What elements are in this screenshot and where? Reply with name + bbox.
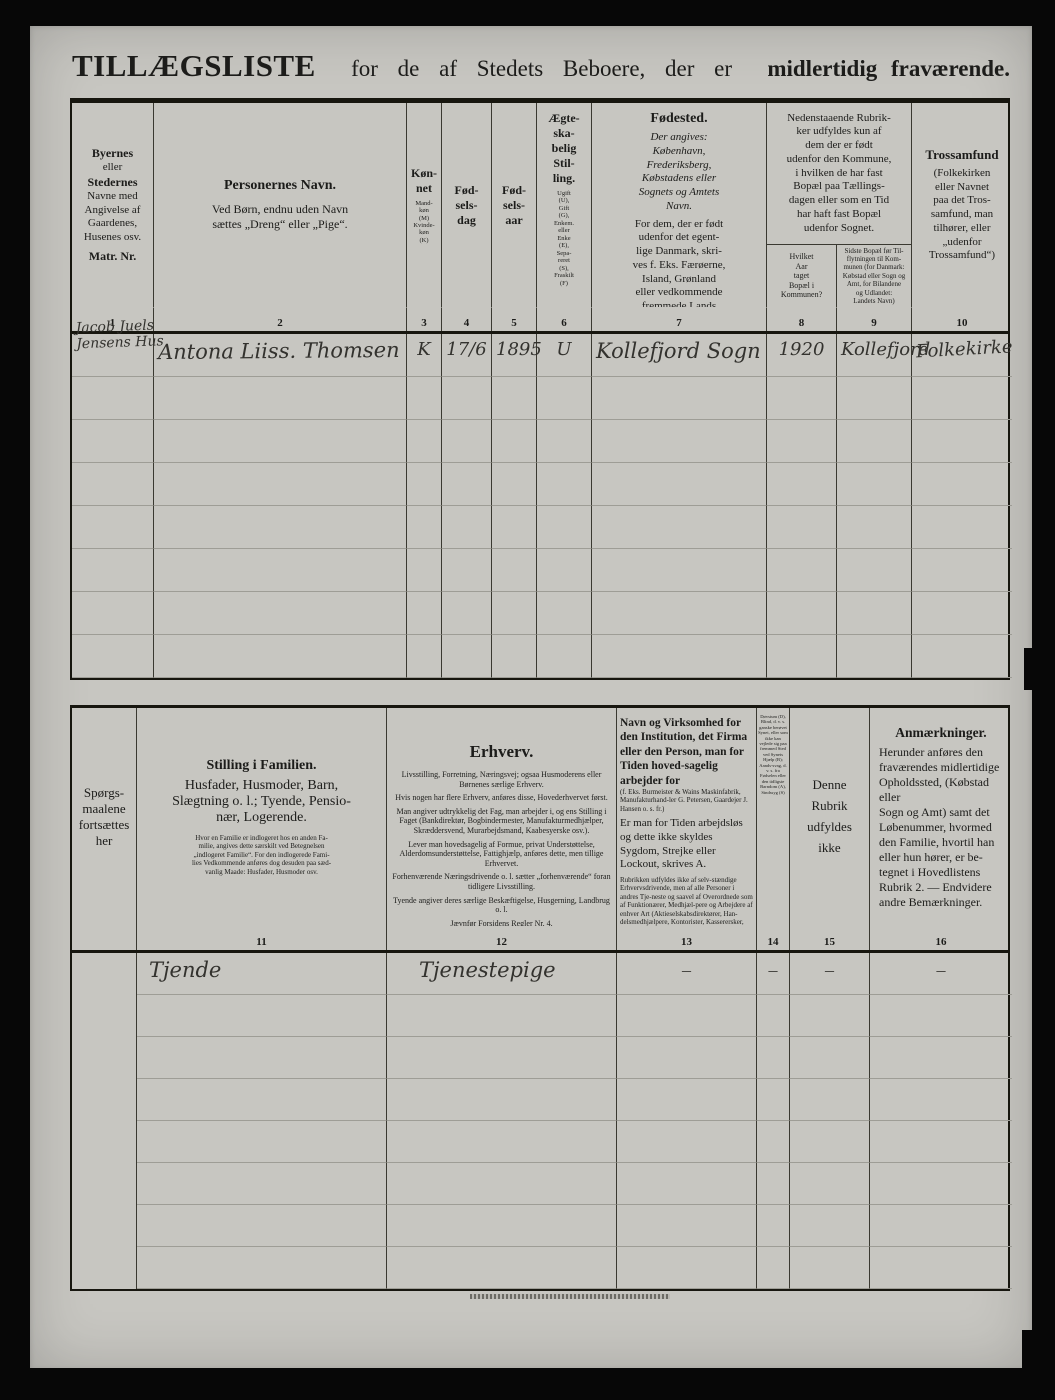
- col4-number: 4: [442, 307, 492, 331]
- empty-row-cell: [387, 995, 617, 1037]
- empty-row-cell: [870, 1121, 1012, 1163]
- col6-sub: Ugift (U), Gift (G), Enkem. eller Enke (…: [540, 190, 588, 287]
- col5-number: 5: [492, 307, 537, 331]
- empty-row-cell: [137, 1037, 387, 1079]
- col1-matrnr: Matr. Nr.: [75, 249, 150, 264]
- empty-row-cell: [387, 1037, 617, 1079]
- empty-row-cell: [492, 549, 537, 592]
- empty-row-cell: [757, 1205, 790, 1247]
- empty-row-cell: [407, 549, 442, 592]
- empty-row-cell: [767, 549, 837, 592]
- entry-birthday: 17/6: [442, 334, 492, 377]
- entry-col15: –: [790, 953, 870, 995]
- col13-lead: Navn og Virksomhed for den Institution, …: [620, 716, 753, 788]
- empty-row-cell: [837, 506, 912, 549]
- title-emphasis: midlertidig fraværende.: [767, 56, 1010, 82]
- side-label-cell: Spørgs- maalene fortsættes her: [72, 708, 137, 926]
- col4-title: Fød- sels- dag: [445, 183, 488, 228]
- entry-sex: K: [407, 334, 442, 377]
- empty-row-cell: [767, 420, 837, 463]
- empty-row-cell: [537, 463, 592, 506]
- empty-row-cell: [154, 506, 407, 549]
- col13-unemployed-note: Er man for Tiden arbejdsløs og dette ikk…: [620, 817, 753, 872]
- scan-blob: [138, 4, 186, 24]
- entry-birthplace: Kollefjord Sogn: [592, 334, 767, 377]
- col16-sub: Herunder anføres den fraværendes midlert…: [873, 745, 1009, 910]
- col12-p4: Lever man hovedsagelig af Formue, privat…: [390, 840, 613, 869]
- col13-header: Navn og Virksomhed for den Institution, …: [617, 708, 757, 926]
- entry-marital-status: U: [537, 334, 592, 377]
- side-number: [72, 926, 137, 950]
- empty-row-cell: [407, 592, 442, 635]
- empty-row-cell: [72, 1247, 137, 1289]
- empty-row-cell: [387, 1079, 617, 1121]
- empty-row-cell: [492, 506, 537, 549]
- empty-row-cell: [912, 377, 1012, 420]
- empty-row-cell: [767, 377, 837, 420]
- empty-row-cell: [790, 1121, 870, 1163]
- col13-fineprint: Rubrikken udfyldes ikke af selv-stændige…: [620, 876, 753, 926]
- col12-header: Erhverv. Livsstilling, Forretning, Nærin…: [387, 708, 617, 926]
- col3-title: Køn- net: [410, 166, 438, 196]
- empty-row-cell: [870, 995, 1012, 1037]
- empty-row-cell: [154, 463, 407, 506]
- empty-row-cell: [72, 995, 137, 1037]
- col5-title: Fød- sels- aar: [495, 183, 533, 228]
- lower-table-header: Spørgs- maalene fortsættes her Stilling …: [72, 708, 1008, 953]
- empty-row-cell: [72, 1121, 137, 1163]
- empty-row-cell: [757, 1247, 790, 1289]
- col10-title: Trossamfund: [915, 147, 1009, 163]
- empty-row-cell: [592, 592, 767, 635]
- col1-lines: Navne med Angivelse af Gaardenes, Husene…: [75, 190, 150, 245]
- col9-sub: Sidste Bopæl før Til- flytningen til Kom…: [840, 247, 908, 306]
- entry-place: Jacob Juels Jensens Hus: [72, 334, 154, 377]
- col13-number: 13: [617, 926, 757, 950]
- col1-line: Stedernes: [75, 175, 150, 190]
- empty-row-cell: [407, 635, 442, 678]
- lower-table: Spørgs- maalene fortsættes her Stilling …: [70, 705, 1010, 1291]
- empty-row-cell: [617, 1121, 757, 1163]
- scanned-census-page: TILLÆGSLISTE for de af Stedets Beboere, …: [0, 0, 1055, 1400]
- entry-disability: –: [757, 953, 790, 995]
- printer-imprint: [470, 1294, 670, 1299]
- col10-header: Trossamfund (Folkekirken eller Navnet pa…: [912, 103, 1012, 307]
- entry-occupation: Tjenestepige: [387, 953, 617, 995]
- empty-row-cell: [442, 592, 492, 635]
- empty-row-cell: [72, 549, 154, 592]
- empty-row-cell: [492, 420, 537, 463]
- empty-row-cell: [387, 1163, 617, 1205]
- empty-row-cell: [537, 506, 592, 549]
- col1-header: Byernes eller Stedernes Navne med Angive…: [72, 103, 154, 307]
- col10-sub: (Folkekirken eller Navnet paa det Tros- …: [915, 167, 1009, 263]
- col12-p2: Hvis nogen har flere Erhverv, anføres di…: [390, 793, 613, 803]
- empty-row-cell: [790, 1079, 870, 1121]
- empty-row-cell: [137, 1205, 387, 1247]
- empty-row-cell: [154, 377, 407, 420]
- col9-subheader: Sidste Bopæl før Til- flytningen til Kom…: [837, 245, 912, 307]
- col2-title: Personernes Navn.: [157, 178, 403, 194]
- empty-row-cell: [837, 549, 912, 592]
- col8-sub: Hvilket Aar taget Bopæl i Kommunen?: [770, 252, 833, 300]
- upper-table-body: Jacob Juels Jensens Hus Antona Liiss. Th…: [72, 334, 1008, 678]
- col2-sub2: sættes „Dreng“ eller „Pige“.: [157, 217, 403, 232]
- empty-row-cell: [72, 377, 154, 420]
- empty-row-cell: [72, 1037, 137, 1079]
- col11-sub: Husfader, Husmoder, Barn, Slægtning o. l…: [140, 778, 383, 826]
- empty-row-cell: [137, 1121, 387, 1163]
- empty-row-cell: [912, 635, 1012, 678]
- scan-left-band: [0, 0, 30, 1400]
- empty-row-cell: [442, 549, 492, 592]
- empty-row-cell: [870, 1205, 1012, 1247]
- entry-religion: Folkekirke: [912, 334, 1012, 377]
- empty-row-cell: [790, 1205, 870, 1247]
- empty-row-cell: [387, 1121, 617, 1163]
- col13-example: (f. Eks. Burmeister & Wains Maskinfabrik…: [620, 788, 753, 813]
- empty-row-cell: [790, 1163, 870, 1205]
- title-rest: for de af Stedets Beboere, der er: [351, 56, 732, 82]
- scan-blob: [600, 6, 634, 22]
- scan-bottom-band: [0, 1368, 1055, 1400]
- upper-table: Byernes eller Stedernes Navne med Angive…: [70, 98, 1010, 680]
- col7-sub2: For dem, der er født udenfor det egent- …: [595, 218, 763, 308]
- empty-row-cell: [72, 1205, 137, 1247]
- col3-number: 3: [407, 307, 442, 331]
- empty-row-cell: [912, 549, 1012, 592]
- empty-row-cell: [592, 506, 767, 549]
- empty-row-cell: [442, 463, 492, 506]
- side-empty: [72, 953, 137, 995]
- empty-row-cell: [837, 463, 912, 506]
- col12-p3: Man angiver udtrykkelig det Fag, man arb…: [390, 807, 613, 836]
- title-main: TILLÆGSLISTE: [72, 48, 316, 84]
- col7-number: 7: [592, 307, 767, 331]
- col14-header: Døvstum (D), Blind, d. v. s. ganske berø…: [757, 708, 790, 926]
- empty-row-cell: [757, 1079, 790, 1121]
- empty-row-cell: [912, 506, 1012, 549]
- col15-not-filled-label: Denne Rubrik udfyldes ikke: [793, 775, 866, 858]
- empty-row-cell: [837, 377, 912, 420]
- empty-row-cell: [137, 1247, 387, 1289]
- col11-fineprint: Hvor en Familie er indlogeret hos en and…: [140, 834, 383, 876]
- empty-row-cell: [492, 635, 537, 678]
- empty-row-cell: [407, 377, 442, 420]
- entry-birthyear: 1895: [492, 334, 537, 377]
- empty-row-cell: [790, 1037, 870, 1079]
- col8-9-note: Nedenstaaende Rubrik- ker udfyldes kun a…: [787, 112, 892, 236]
- empty-row-cell: [592, 549, 767, 592]
- col8-9-shared-header: Nedenstaaende Rubrik- ker udfyldes kun a…: [767, 103, 912, 245]
- col6-header: Ægte- ska- belig Stil- ling. Ugift (U), …: [537, 103, 592, 307]
- col11-title: Stilling i Familien.: [140, 758, 383, 774]
- entry-employer: –: [617, 953, 757, 995]
- empty-row-cell: [407, 506, 442, 549]
- scan-blob: [1022, 1330, 1055, 1378]
- entry-name: Antona Liiss. Thomsen: [154, 334, 407, 377]
- empty-row-cell: [617, 1037, 757, 1079]
- empty-row-cell: [912, 592, 1012, 635]
- empty-row-cell: [837, 635, 912, 678]
- entry-year-moved: 1920: [767, 334, 837, 377]
- upper-table-header: Byernes eller Stedernes Navne med Angive…: [72, 103, 1008, 334]
- empty-row-cell: [387, 1205, 617, 1247]
- col16-number: 16: [870, 926, 1012, 950]
- col2-number: 2: [154, 307, 407, 331]
- empty-row-cell: [442, 635, 492, 678]
- paper-sheet: TILLÆGSLISTE for de af Stedets Beboere, …: [30, 26, 1032, 1370]
- empty-row-cell: [537, 549, 592, 592]
- col7-title: Fødested.: [595, 111, 763, 127]
- col16-title: Anmærkninger.: [873, 725, 1009, 741]
- empty-row-cell: [757, 1163, 790, 1205]
- empty-row-cell: [767, 592, 837, 635]
- col14-disability-codes: Døvstum (D), Blind, d. v. s. ganske berø…: [758, 714, 788, 795]
- col12-p7: Jævnfør Forsidens Regler Nr. 4.: [390, 919, 613, 926]
- empty-row-cell: [767, 463, 837, 506]
- empty-row-cell: [387, 1247, 617, 1289]
- empty-row-cell: [912, 463, 1012, 506]
- col2-header: Personernes Navn. Ved Børn, endnu uden N…: [154, 103, 407, 307]
- empty-row-cell: [592, 635, 767, 678]
- col11-header: Stilling i Familien. Husfader, Husmoder,…: [137, 708, 387, 926]
- empty-row-cell: [72, 592, 154, 635]
- empty-row-cell: [442, 420, 492, 463]
- empty-row-cell: [870, 1247, 1012, 1289]
- empty-row-cell: [617, 995, 757, 1037]
- col15-number: 15: [790, 926, 870, 950]
- empty-row-cell: [617, 1163, 757, 1205]
- col3-header: Køn- net Mand- køn (M) Kvinde- køn (K): [407, 103, 442, 307]
- empty-row-cell: [870, 1079, 1012, 1121]
- col12-p6: Tyende angiver deres særlige Beskæftigel…: [390, 896, 613, 915]
- col4-header: Fød- sels- dag: [442, 103, 492, 307]
- col5-header: Fød- sels- aar: [492, 103, 537, 307]
- empty-row-cell: [154, 549, 407, 592]
- scan-right-band: [1032, 0, 1055, 1400]
- empty-row-cell: [912, 420, 1012, 463]
- empty-row-cell: [72, 420, 154, 463]
- empty-row-cell: [537, 420, 592, 463]
- entry-remarks: –: [870, 953, 1012, 995]
- empty-row-cell: [492, 463, 537, 506]
- col6-title: Ægte- ska- belig Stil- ling.: [540, 111, 588, 186]
- col1-line: eller: [75, 161, 150, 175]
- questions-continue-label: Spørgs- maalene fortsættes her: [75, 785, 133, 849]
- col7-sub1: Der angives: København, Frederiksberg, K…: [595, 131, 763, 214]
- empty-row-cell: [617, 1247, 757, 1289]
- col2-sub1: Ved Børn, endnu uden Navn: [157, 202, 403, 217]
- empty-row-cell: [72, 463, 154, 506]
- empty-row-cell: [837, 592, 912, 635]
- empty-row-cell: [137, 1163, 387, 1205]
- col3-sub: Mand- køn (M) Kvinde- køn (K): [410, 200, 438, 245]
- col8-number: 8: [767, 307, 837, 331]
- empty-row-cell: [757, 1037, 790, 1079]
- empty-row-cell: [407, 420, 442, 463]
- scan-blob: [1024, 648, 1055, 690]
- col6-number: 6: [537, 307, 592, 331]
- col7-header: Fødested. Der angives: København, Freder…: [592, 103, 767, 307]
- empty-row-cell: [154, 420, 407, 463]
- col9-number: 9: [837, 307, 912, 331]
- empty-row-cell: [837, 420, 912, 463]
- empty-row-cell: [767, 506, 837, 549]
- empty-row-cell: [617, 1205, 757, 1247]
- empty-row-cell: [790, 1247, 870, 1289]
- empty-row-cell: [790, 995, 870, 1037]
- empty-row-cell: [870, 1163, 1012, 1205]
- col10-number: 10: [912, 307, 1012, 331]
- col8-subheader: Hvilket Aar taget Bopæl i Kommunen?: [767, 245, 837, 307]
- empty-row-cell: [492, 377, 537, 420]
- empty-row-cell: [72, 1163, 137, 1205]
- empty-row-cell: [154, 635, 407, 678]
- empty-row-cell: [442, 377, 492, 420]
- empty-row-cell: [442, 506, 492, 549]
- empty-row-cell: [537, 592, 592, 635]
- empty-row-cell: [757, 995, 790, 1037]
- empty-row-cell: [72, 1079, 137, 1121]
- empty-row-cell: [592, 377, 767, 420]
- col12-number: 12: [387, 926, 617, 950]
- empty-row-cell: [137, 1079, 387, 1121]
- empty-row-cell: [72, 635, 154, 678]
- place-line2: Jensens Hus: [76, 333, 164, 352]
- entry-last-residence: Kollefjord: [837, 334, 912, 377]
- lower-table-body: Tjende Tjenestepige – – – –: [72, 953, 1008, 1289]
- empty-row-cell: [154, 592, 407, 635]
- empty-row-cell: [757, 1121, 790, 1163]
- empty-row-cell: [407, 463, 442, 506]
- entry-family-position: Tjende: [137, 953, 387, 995]
- empty-row-cell: [537, 377, 592, 420]
- col14-number: 14: [757, 926, 790, 950]
- empty-row-cell: [592, 463, 767, 506]
- scan-blob: [356, 8, 416, 24]
- empty-row-cell: [767, 635, 837, 678]
- empty-row-cell: [137, 995, 387, 1037]
- col1-line: Byernes: [75, 146, 150, 161]
- empty-row-cell: [592, 420, 767, 463]
- empty-row-cell: [492, 592, 537, 635]
- empty-row-cell: [537, 635, 592, 678]
- col16-header: Anmærkninger. Herunder anføres den fravæ…: [870, 708, 1012, 926]
- empty-row-cell: [72, 506, 154, 549]
- col11-number: 11: [137, 926, 387, 950]
- col12-p5: Forhenværende Næringsdrivende o. l. sætt…: [390, 872, 613, 891]
- empty-row-cell: [617, 1079, 757, 1121]
- col12-p1: Livsstilling, Forretning, Næringsvej; og…: [390, 770, 613, 789]
- empty-row-cell: [870, 1037, 1012, 1079]
- col15-header: Denne Rubrik udfyldes ikke: [790, 708, 870, 926]
- page-title: TILLÆGSLISTE for de af Stedets Beboere, …: [72, 48, 1010, 84]
- col12-title: Erhverv.: [390, 742, 613, 762]
